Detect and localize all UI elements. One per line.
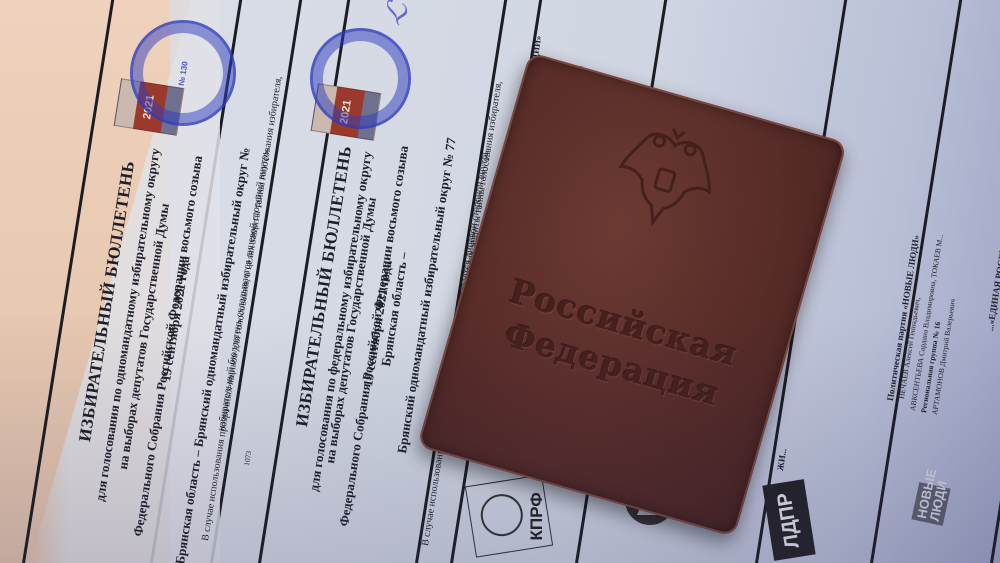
party-name: ЖИ... (775, 448, 788, 472)
kprf-logo-text: КПРФ (527, 492, 547, 540)
kprf-logo: КПРФ (465, 474, 553, 557)
new-people-logo: НОВЫЕ ЛЮДИ (911, 482, 950, 526)
commission-stamp: № 130 (130, 20, 236, 126)
ldpr-logo: ЛДПР (762, 479, 815, 561)
party-name: ...«ЕДИНАЯ РОССИЯ» (985, 235, 1000, 332)
commission-stamp (310, 28, 411, 129)
photo-scene: ИЗБИРАТЕЛЬНЫЙ БЮЛЛЕТЕНЬ для голосования … (0, 0, 1000, 563)
hammer-sickle-icon (478, 491, 526, 539)
double-headed-eagle-icon (602, 113, 728, 246)
party-row-divider (870, 0, 967, 563)
stamp-number: № 130 (177, 60, 190, 86)
ldpr-logo-text: ЛДПР (773, 491, 804, 550)
signature: ℒ (375, 0, 416, 31)
ballot-serial: 1073 (242, 450, 253, 466)
